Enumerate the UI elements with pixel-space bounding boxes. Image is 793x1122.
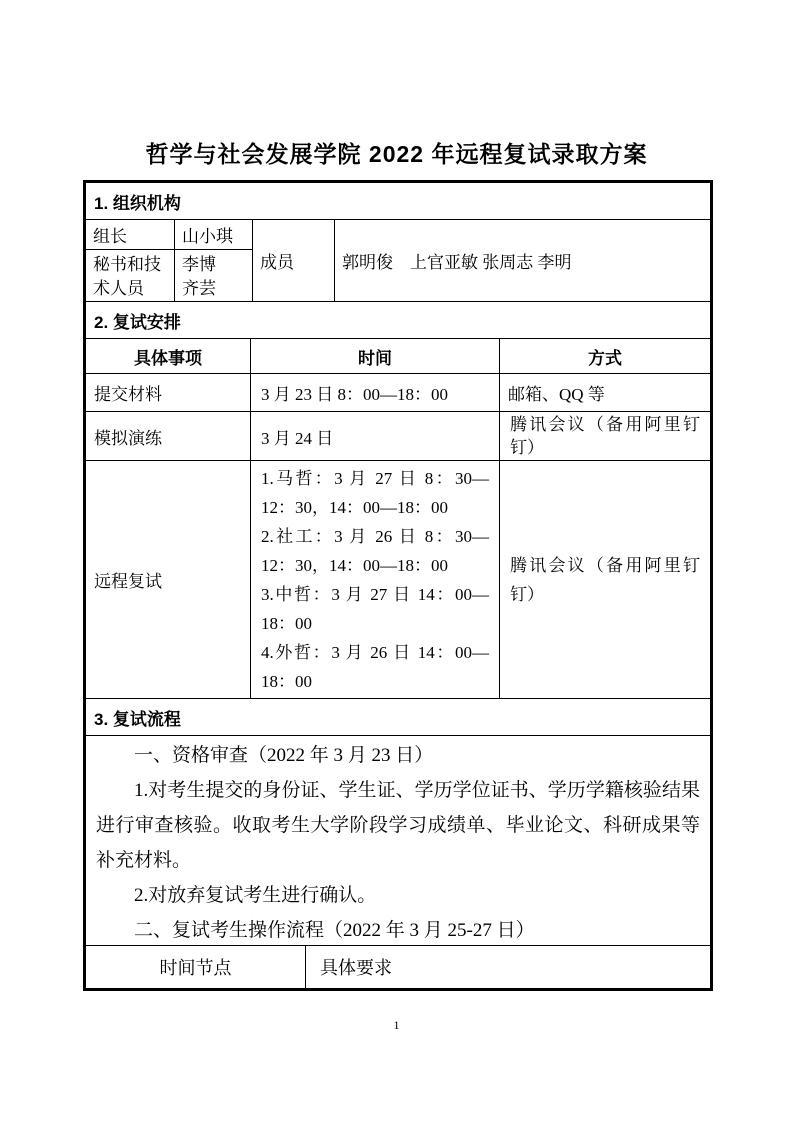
remote-time-item-1: 1.马哲：3 月 27 日 8：30—12：30，14：00—18：00 [261,464,489,522]
member-names-cell: 郭明俊 上官亚敏 张周志 李明 [335,220,710,301]
column-header-item: 具体事项 [86,339,251,373]
process-paragraph-3: 2.对放弃复试考生进行确认。 [96,878,700,913]
remote-item-cell: 远程复试 [86,461,251,698]
document-page: 哲学与社会发展学院 2022 年远程复试录取方案 1. 组织机构 组长 山小琪 … [0,0,793,1122]
leader-label-cell: 组长 [86,220,175,250]
bottom-table-header-row: 时间节点 具体要求 [86,946,710,988]
process-paragraph-4: 二、复试考生操作流程（2022 年 3 月 25-27 日） [96,913,700,948]
remote-time-item-4: 4.外哲：3 月 26 日 14：00—18：00 [261,638,489,696]
section-1-header: 1. 组织机构 [86,183,710,220]
process-paragraph-2: 1.对考生提交的身份证、学生证、学历学位证书、学历学籍核验结果进行审查核验。收取… [96,773,700,878]
column-header-requirement: 具体要求 [306,946,710,988]
secretary-name-1: 李博 [182,253,245,277]
leader-name-cell: 山小琪 [175,220,253,250]
submit-item-cell: 提交材料 [86,374,251,411]
main-table: 1. 组织机构 组长 山小琪 成员 郭明俊 上官亚敏 张周志 李明 秘书和技术人… [83,180,713,991]
arrangement-header-row: 具体事项 时间 方式 [86,339,710,374]
mock-method-cell: 腾讯会议（备用阿里钉钉） [500,412,710,460]
section-3-header: 3. 复试流程 [86,699,710,736]
remote-time-item-3: 3.中哲：3 月 27 日 14：00—18：00 [261,580,489,638]
member-label-cell: 成员 [253,220,335,301]
process-paragraph-1: 一、资格审查（2022 年 3 月 23 日） [96,738,700,773]
table-row-remote: 远程复试 1.马哲：3 月 27 日 8：30—12：30，14：00—18：0… [86,461,710,699]
table-row-mock: 模拟演练 3 月 24 日 腾讯会议（备用阿里钉钉） [86,412,710,461]
table-row-submit: 提交材料 3 月 23 日 8：00—18：00 邮箱、QQ 等 [86,374,710,412]
secretary-names-cell: 李博 齐芸 [175,250,253,301]
submit-method-cell: 邮箱、QQ 等 [500,374,710,411]
section-2-header: 2. 复试安排 [86,302,710,339]
document-title: 哲学与社会发展学院 2022 年远程复试录取方案 [0,136,793,169]
submit-time-cell: 3 月 23 日 8：00—18：00 [251,374,500,411]
column-header-time-node: 时间节点 [86,946,306,988]
column-header-time: 时间 [251,339,500,373]
column-header-method: 方式 [500,339,710,373]
page-number: 1 [0,1018,793,1033]
organization-grid: 组长 山小琪 成员 郭明俊 上官亚敏 张周志 李明 秘书和技术人员 李博 齐芸 [86,220,710,302]
secretary-name-2: 齐芸 [182,277,245,301]
mock-time-cell: 3 月 24 日 [251,412,500,460]
remote-method-cell: 腾讯会议（备用阿里钉钉） [500,461,710,698]
remote-time-cell: 1.马哲：3 月 27 日 8：30—12：30，14：00—18：00 2.社… [251,461,500,698]
mock-item-cell: 模拟演练 [86,412,251,460]
secretary-label-cell: 秘书和技术人员 [86,250,175,301]
process-text-block: 一、资格审查（2022 年 3 月 23 日） 1.对考生提交的身份证、学生证、… [86,736,710,946]
remote-time-item-2: 2.社工：3 月 26 日 8：30—12：30，14：00—18：00 [261,522,489,580]
